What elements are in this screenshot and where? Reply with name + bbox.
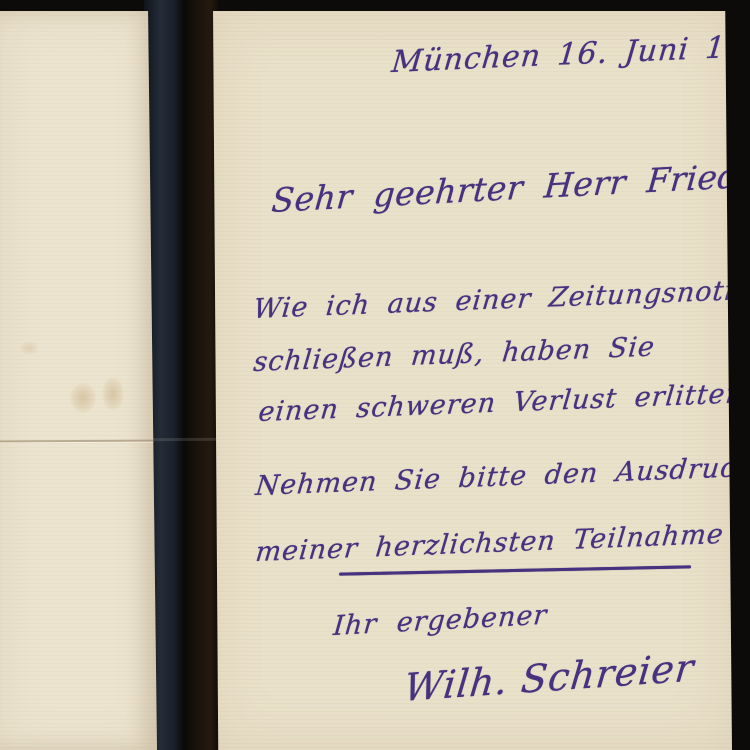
fold-crease	[144, 438, 218, 442]
body-line-emphasis: meiner herzlichsten Teilnahme	[254, 519, 725, 568]
signature: Wilh. Schreier	[402, 645, 697, 710]
stain	[20, 341, 38, 355]
left-sheet-back	[0, 11, 157, 750]
dateline: München 16. Juni 1914	[390, 28, 750, 80]
body-line: Wie ich aus einer Zeitungsnotiz	[252, 275, 750, 325]
stain	[102, 377, 124, 411]
body-line: einen schweren Verlust erlitten.	[257, 378, 750, 428]
emphasis-underline	[339, 565, 691, 575]
emphasis-underlined-text: herzlichsten Teilnahme	[374, 519, 726, 566]
stain	[70, 383, 96, 413]
fold-crease	[0, 440, 157, 443]
emphasis-prefix: meiner	[254, 532, 377, 568]
closing-line: Ihr ergebener	[332, 600, 549, 642]
body-line: schließen muß, haben Sie	[252, 331, 656, 378]
letter-sheet: München 16. Juni 1914 Sehr geehrter Herr…	[212, 11, 732, 750]
body-line: Nehmen Sie bitte den Ausdruck	[254, 452, 750, 502]
salutation: Sehr geehrter Herr Frieder!	[270, 154, 750, 220]
letter-scan: München 16. Juni 1914 Sehr geehrter Herr…	[0, 0, 750, 750]
